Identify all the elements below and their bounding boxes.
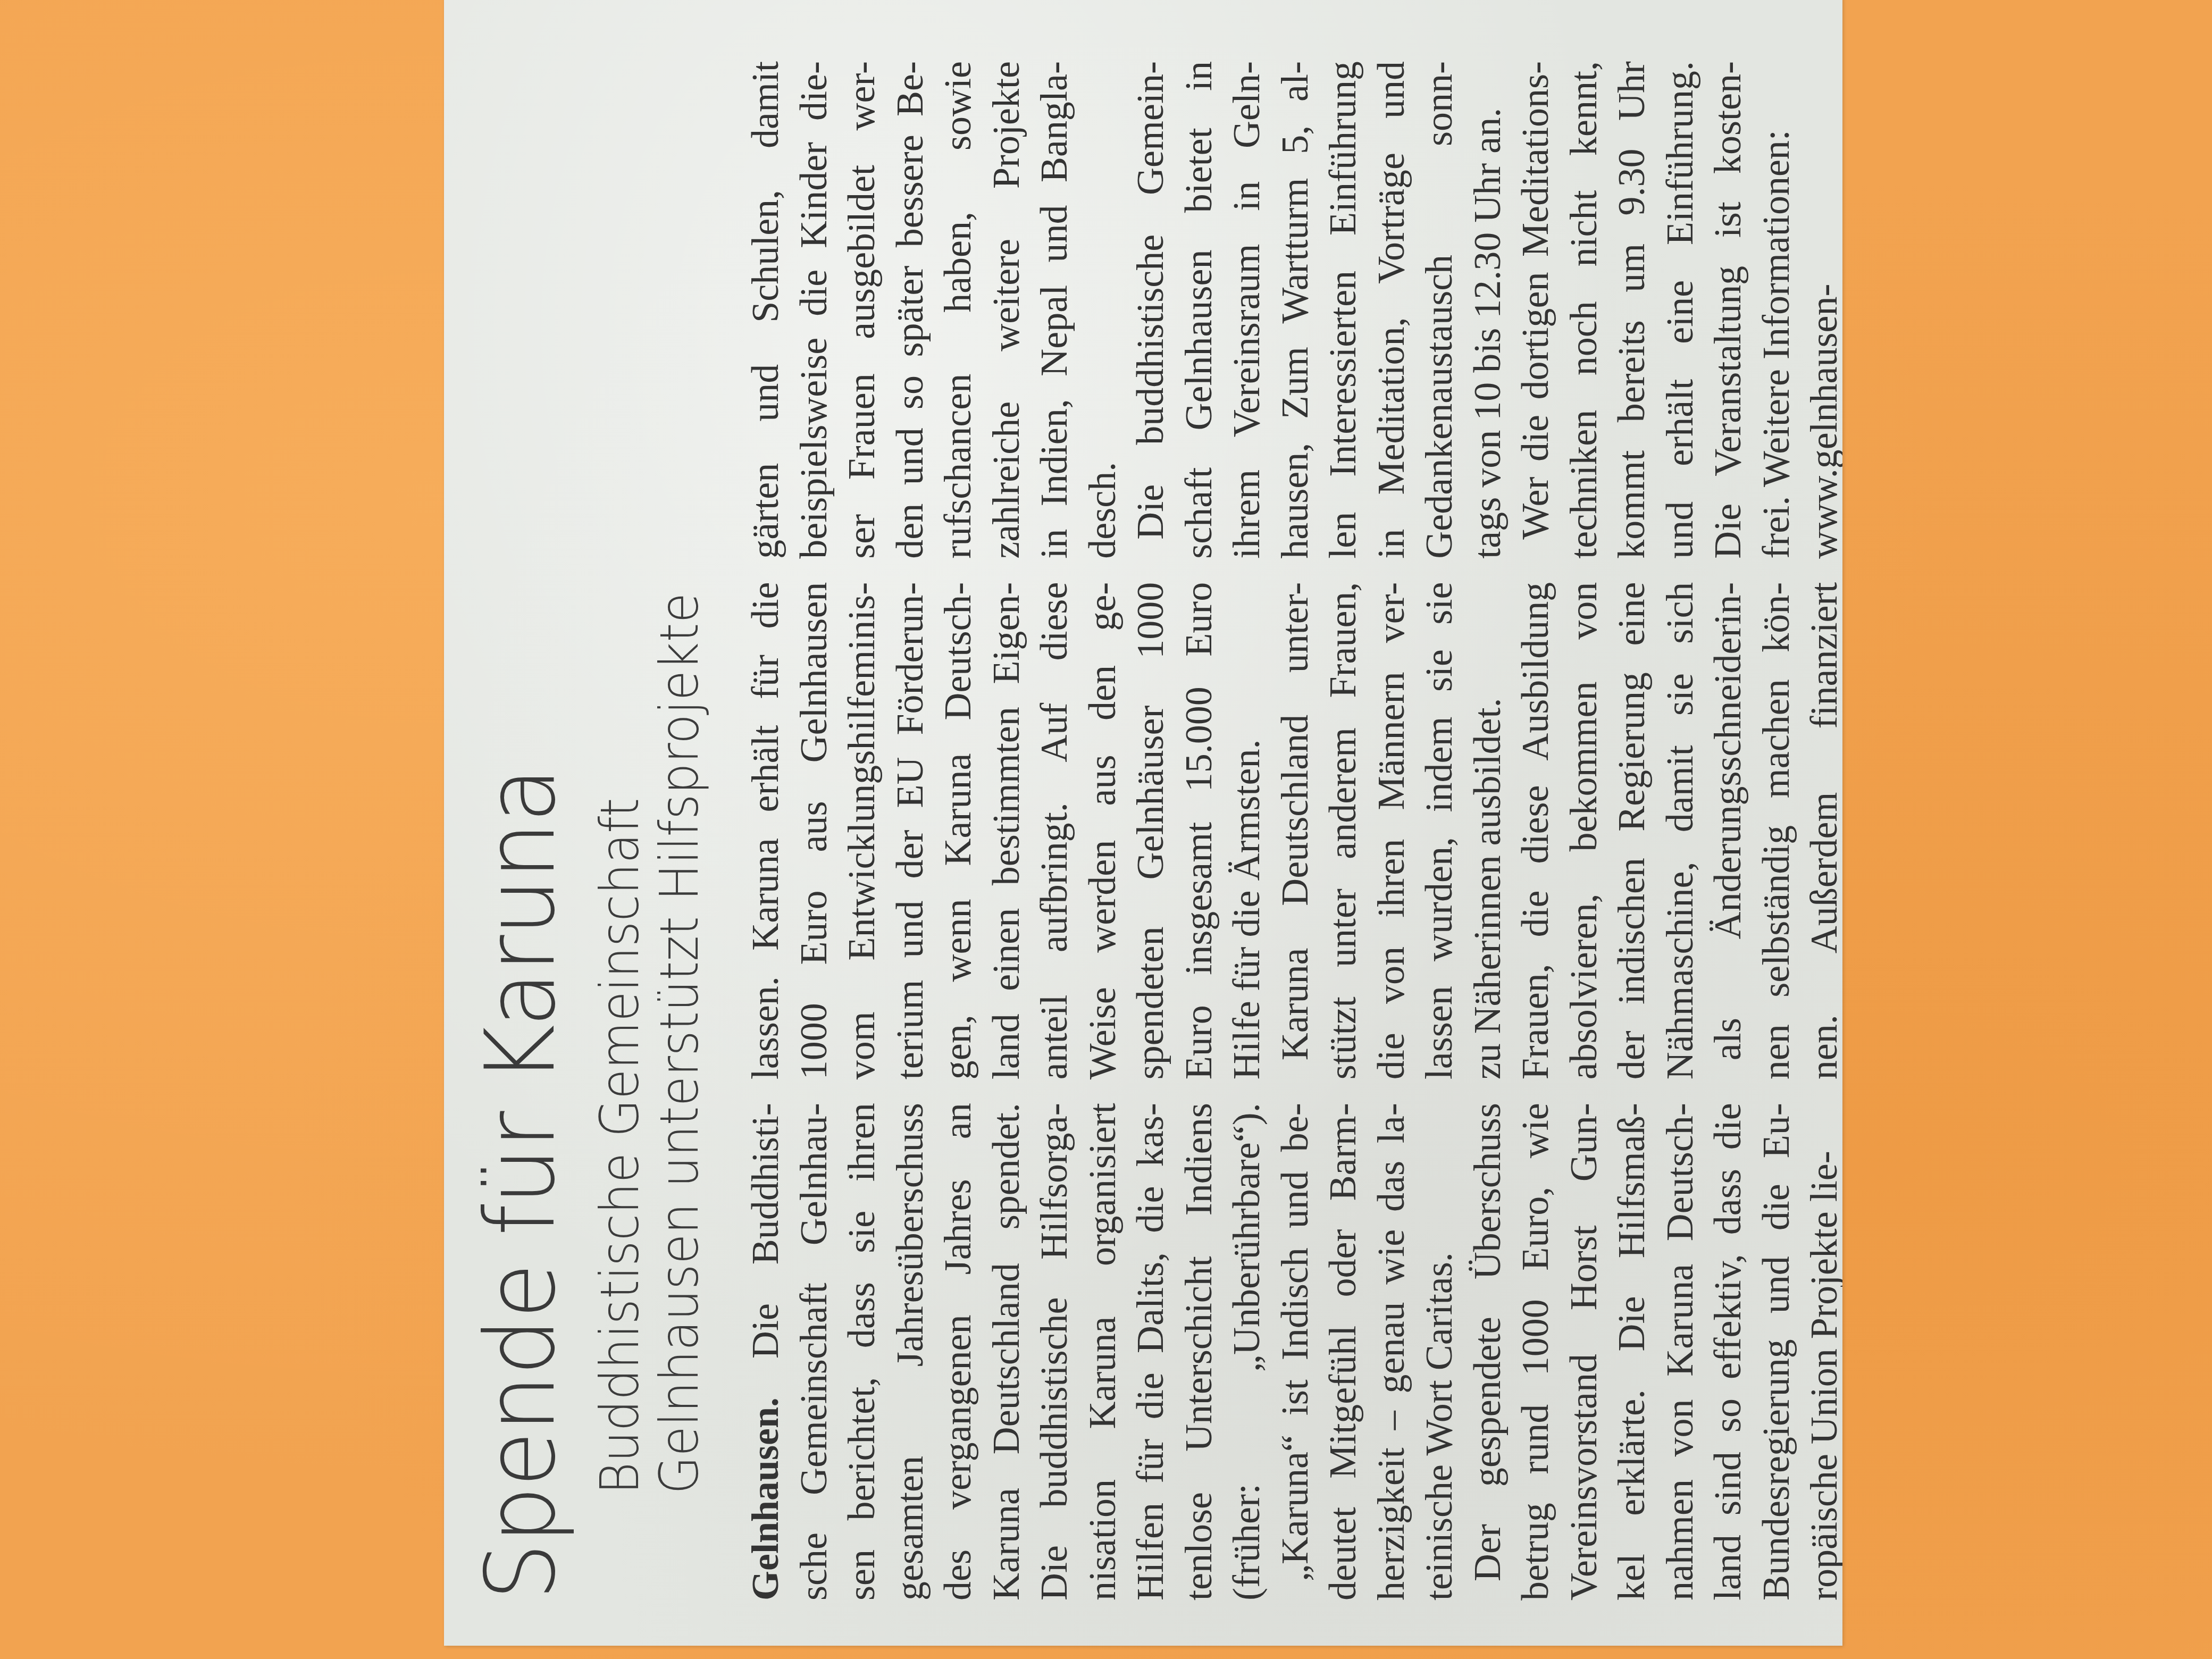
text-line: ihrem Vereinsraum in Geln- (1222, 61, 1271, 559)
text-line: kommt bereits um 9.30 Uhr (1607, 61, 1656, 559)
text-line: beispielsweise die Kinder die- (790, 61, 838, 559)
text-line: in Indien, Nepal und Bangla- (1030, 61, 1078, 559)
text-line: deutet Mitgefühl oder Barm- (1319, 1103, 1367, 1601)
text-line: betrug rund 1000 Euro, wie (1511, 1103, 1560, 1601)
dateline: Gelnhausen. (744, 1397, 786, 1601)
text-line: Frauen, die diese Ausbildung (1511, 582, 1560, 1080)
text-line: Hilfe für die Ärmsten. (1222, 582, 1271, 1080)
subheadline-line-2: Gelnhausen unterstützt Hilfsprojekte (650, 176, 709, 1494)
text-line: Vereinsvorstand Horst Gun- (1560, 1103, 1608, 1601)
newspaper-clipping: Spende für Karuna Buddhistische Gemeinsc… (444, 0, 1842, 1646)
text-line: der indischen Regierung eine (1607, 582, 1656, 1080)
text-line: len Interessierten Einführung (1319, 61, 1367, 559)
text-line: ser Frauen ausgebildet wer- (837, 61, 886, 559)
text-line: sche Gemeinschaft Gelnhau- (790, 1103, 838, 1601)
text-line: nisation Karuna organisiert (1078, 1103, 1127, 1601)
text-line: „Karuna“ ist Indisch und be- (1271, 1103, 1319, 1601)
text-line: Die buddhistische Gemein- (1126, 61, 1175, 559)
text-line: tags von 10 bis 12.30 Uhr an. (1463, 61, 1512, 559)
text-line: Hilfen für die Dalits, die kas- (1126, 1103, 1175, 1601)
text-line: gesamten Jahresüberschuss (886, 1103, 934, 1601)
text-line: Nähmaschine, damit sie sich (1656, 582, 1704, 1080)
article: Spende für Karuna Buddhistische Gemeinsc… (444, 0, 1842, 1646)
text-line: Karuna Deutschland spendet. (982, 1103, 1030, 1601)
column-3: gärten und Schulen, damitbeispielsweise … (741, 61, 1842, 559)
text-line: Die Veranstaltung ist kosten- (1704, 61, 1752, 559)
text-line: nen selbständig machen kön- (1752, 582, 1800, 1080)
text-line: anteil aufbringt. Auf diese (1030, 582, 1078, 1080)
text-line: sen berichtet, dass sie ihren (837, 1103, 886, 1601)
text-line: die von ihren Männern ver- (1367, 582, 1415, 1080)
text-line: desch. (1078, 61, 1127, 559)
text-line: und erhält eine Einführung. (1656, 61, 1704, 559)
subheadline: Buddhistische Gemeinschaft Gelnhausen un… (590, 61, 709, 1601)
text-line: Euro insgesamt 15.000 Euro (1175, 582, 1223, 1080)
text-line: techniken noch nicht kennt, (1560, 61, 1608, 559)
article-body: Gelnhausen. Die Buddhisti-sche Gemeinsch… (741, 61, 1842, 1601)
text-line: herzigkeit – genau wie das la- (1367, 1103, 1415, 1601)
text-line: frei. Weitere Informationen: (1752, 61, 1800, 559)
subheadline-line-1: Buddhistische Gemeinschaft (590, 176, 650, 1494)
text-line: gärten und Schulen, damit (741, 61, 790, 559)
text-line: terium und der EU Förderun- (886, 582, 934, 1080)
headline: Spende für Karuna (473, 138, 569, 1601)
text-line: lassen wurden, indem sie sie (1415, 582, 1463, 1080)
text-line: land sind so effektiv, dass die (1704, 1103, 1752, 1601)
text-line: als Änderungsschneiderin- (1704, 582, 1752, 1080)
text-line: absolvieren, bekommen von (1560, 582, 1608, 1080)
text-line: Gelnhausen. Die Buddhisti- (741, 1103, 790, 1601)
text-line: lassen. Karuna erhält für die (741, 582, 790, 1080)
text-line: Gedankenaustausch sonn- (1415, 61, 1463, 559)
column-1: Gelnhausen. Die Buddhisti-sche Gemeinsch… (741, 1103, 1842, 1601)
text-line: Wer die dortigen Meditations- (1511, 61, 1560, 559)
text-line: kel erklärte. Die Hilfsmaß- (1607, 1103, 1656, 1601)
text-line: rufschancen haben, sowie (934, 61, 982, 559)
text-line: stützt unter anderem Frauen, (1319, 582, 1367, 1080)
text-line: (früher: „Unberührbare“). (1222, 1103, 1271, 1601)
text-line: Der gespendete Überschuss (1463, 1103, 1512, 1601)
text-line: zahlreiche weitere Projekte (982, 61, 1030, 559)
text-line: hausen, Zum Wartturm 5, al- (1271, 61, 1319, 559)
text-line: land einen bestimmten Eigen- (982, 582, 1030, 1080)
text-line: den und so später bessere Be- (886, 61, 934, 559)
text-line: ropäische Union Projekte lie- (1800, 1103, 1842, 1601)
text-line: gen, wenn Karuna Deutsch- (934, 582, 982, 1080)
text-line: zu Näherinnen ausbildet. (1463, 582, 1512, 1080)
text-line: Weise werden aus den ge- (1078, 582, 1127, 1080)
text-line: teinische Wort Caritas. (1415, 1103, 1463, 1601)
text-line: vom Entwicklungshilfeminis- (837, 582, 886, 1080)
text-line: nahmen von Karuna Deutsch- (1656, 1103, 1704, 1601)
text-line: in Meditation, Vorträge und (1367, 61, 1415, 559)
text-line: www.gelnhausen- (1800, 61, 1842, 559)
text-line: schaft Gelnhausen bietet in (1175, 61, 1223, 559)
text-line: Karuna Deutschland unter- (1271, 582, 1319, 1080)
text-line: tenlose Unterschicht Indiens (1175, 1103, 1223, 1601)
text-line: 1000 Euro aus Gelnhausen (790, 582, 838, 1080)
column-2: lassen. Karuna erhält für die1000 Euro a… (741, 582, 1842, 1080)
text-line: spendeten Gelnhäuser 1000 (1126, 582, 1175, 1080)
text-line: Bundesregierung und die Eu- (1752, 1103, 1800, 1601)
text-line: nen. Außerdem finanziert (1800, 582, 1842, 1080)
text-line: Die buddhistische Hilfsorga- (1030, 1103, 1078, 1601)
text-line: des vergangenen Jahres an (934, 1103, 982, 1601)
